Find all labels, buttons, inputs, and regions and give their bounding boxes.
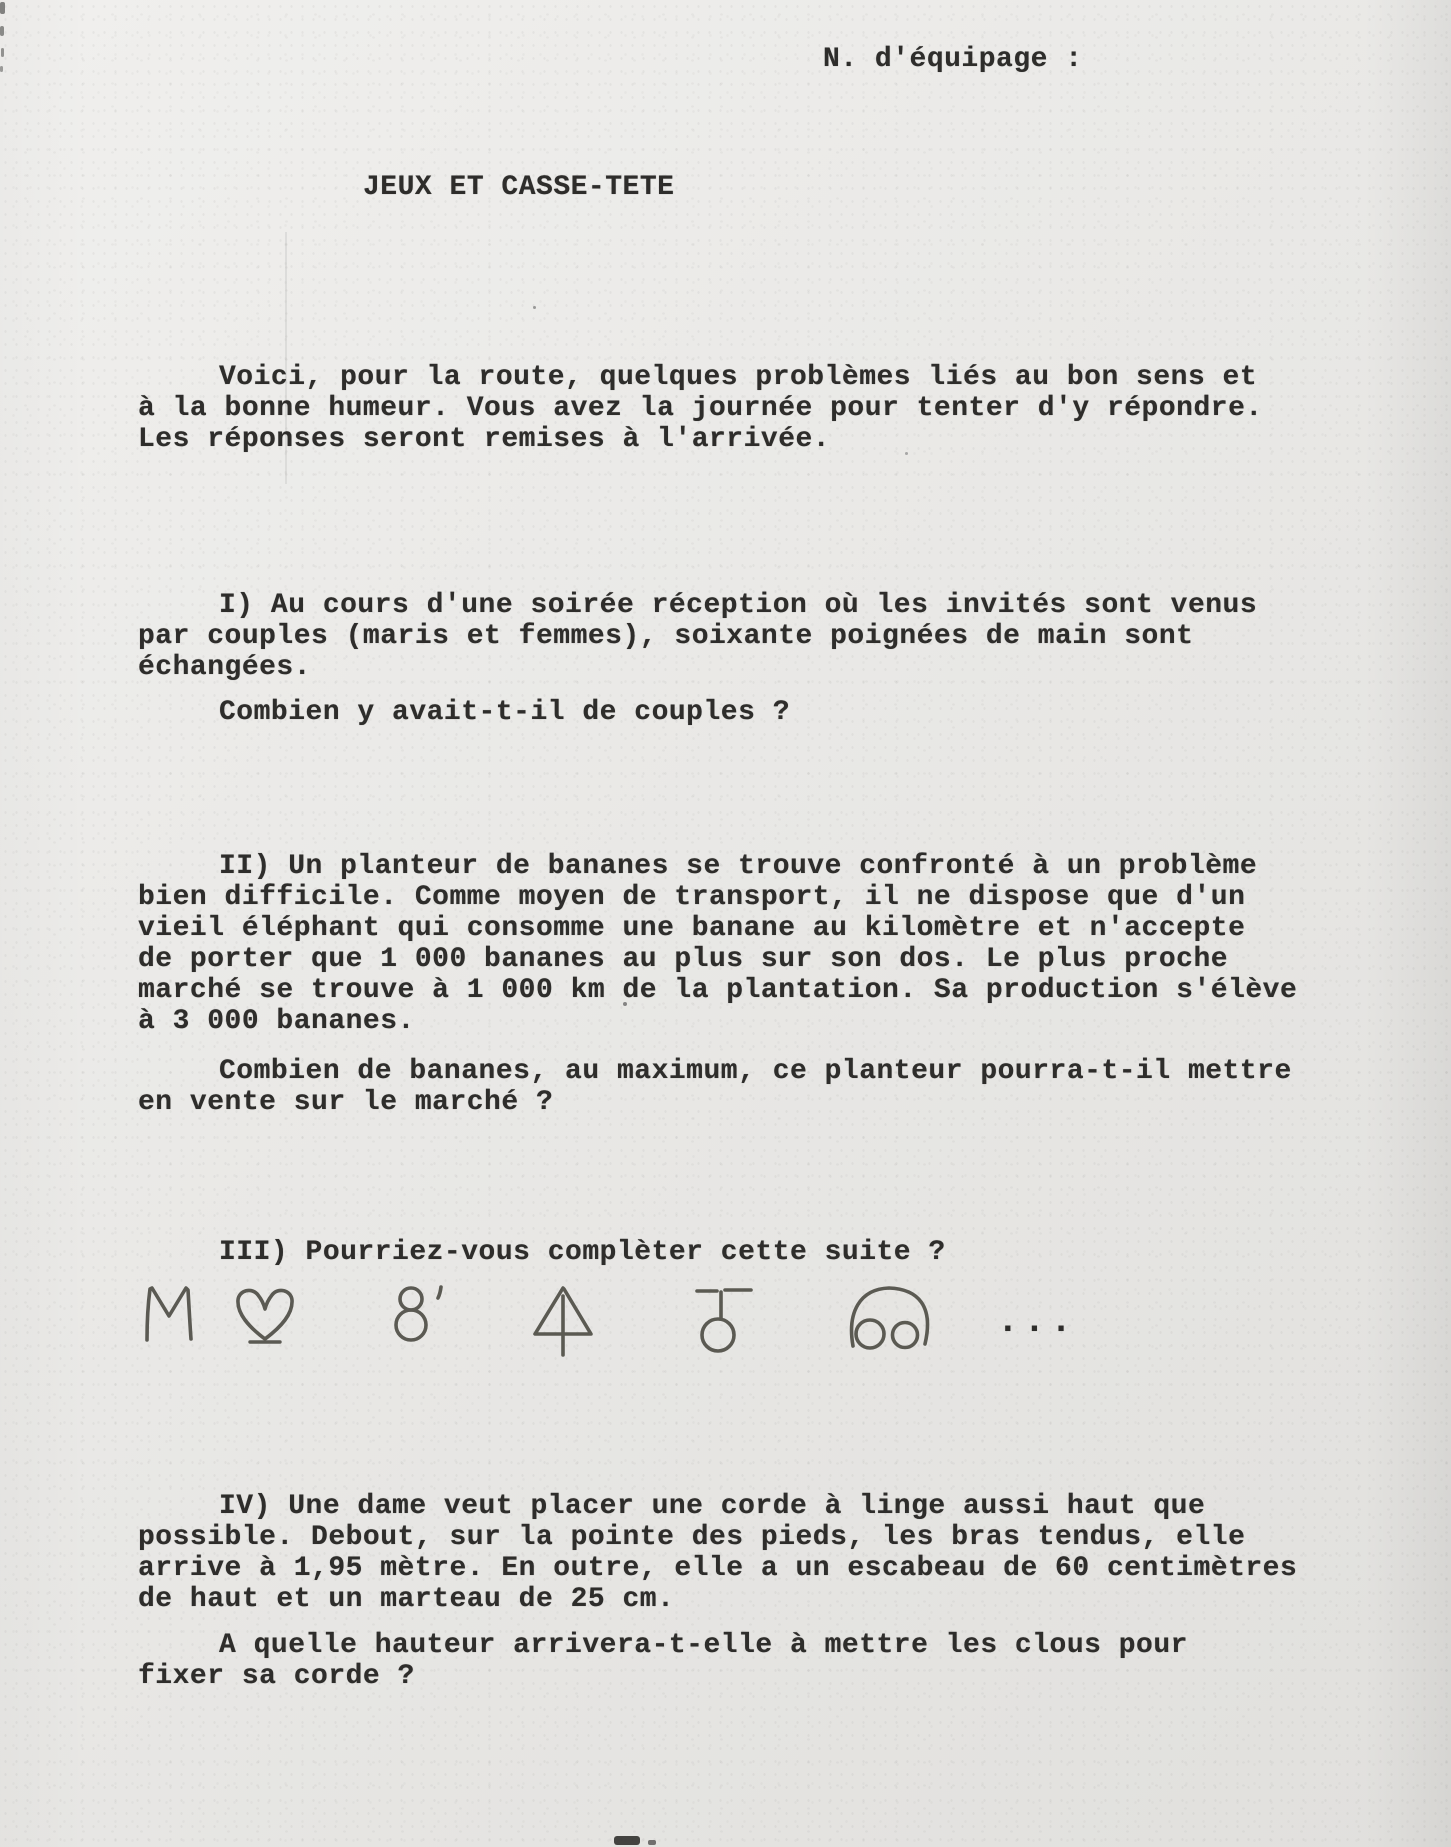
question-4-line: IV) Une dame veut placer une corde à lin… [138,1491,1297,1522]
question-1-prompt: Combien y avait-t-il de couples ? [138,697,790,728]
question-4-prompt-line: fixer sa corde ? [138,1661,1188,1692]
m-symbol-icon [140,1282,200,1346]
scan-speck [0,2,5,14]
symbol-sequence: ... [140,1282,1077,1358]
intro-line: Les réponses seront remises à l'arrivée. [138,424,1263,455]
scan-speck [533,306,536,309]
question-1-line: échangées. [138,652,1257,683]
question-2-prompt: Combien de bananes, au maximum, ce plant… [138,1056,1292,1118]
question-2-line: vieil éléphant qui consomme une banane a… [138,913,1297,944]
question-4-prompt: A quelle hauteur arrivera-t-elle à mettr… [138,1630,1188,1692]
heart-symbol-icon [225,1282,305,1348]
scan-speck [1,48,4,57]
tee-circle-symbol-icon [691,1282,757,1354]
question-2-prompt-line: en vente sur le marché ? [138,1087,1292,1118]
question-3-heading-line: III) Pourriez-vous complèter cette suite… [138,1237,946,1268]
page-title: JEUX ET CASSE-TETE [363,172,674,203]
question-2-line: à 3 000 bananes. [138,1006,1297,1037]
eight-apostrophe-symbol-icon [385,1282,451,1344]
scan-speck [0,26,4,36]
question-4-line: arrive à 1,95 mètre. En outre, elle a un… [138,1553,1297,1584]
intro-line: Voici, pour la route, quelques problèmes… [138,362,1263,393]
scan-speck [0,66,3,72]
scan-speck [648,1840,656,1845]
question-2-prompt-line: Combien de bananes, au maximum, ce plant… [138,1056,1292,1087]
question-2-body: II) Un planteur de bananes se trouve con… [138,851,1297,1037]
question-1-prompt-line: Combien y avait-t-il de couples ? [138,697,790,728]
intro-paragraph: Voici, pour la route, quelques problèmes… [138,362,1263,455]
question-2-line: II) Un planteur de bananes se trouve con… [138,851,1297,882]
crew-number-label: N. d'équipage : [823,44,1083,75]
question-3-heading: III) Pourriez-vous complèter cette suite… [138,1237,946,1268]
question-4-prompt-line: A quelle hauteur arrivera-t-elle à mettr… [138,1630,1188,1661]
question-4-line: possible. Debout, sur la pointe des pied… [138,1522,1297,1553]
question-4-body: IV) Une dame veut placer une corde à lin… [138,1491,1297,1615]
question-1-line: par couples (maris et femmes), soixante … [138,621,1257,652]
intro-line: à la bonne humeur. Vous avez la journée … [138,393,1263,424]
scan-speck [614,1836,640,1845]
question-2-line: de porter que 1 000 bananes au plus sur … [138,944,1297,975]
ellipsis-text: ... [997,1301,1077,1342]
question-1-body: I) Au cours d'une soirée réception où le… [138,590,1257,683]
arch-two-circles-symbol-icon [843,1282,939,1354]
question-2-line: bien difficile. Comme moyen de transport… [138,882,1297,913]
question-4-line: de haut et un marteau de 25 cm. [138,1584,1297,1615]
question-2-line: marché se trouve à 1 000 km de la planta… [138,975,1297,1006]
question-1-line: I) Au cours d'une soirée réception où le… [138,590,1257,621]
arrow-triangle-symbol-icon [521,1282,605,1358]
scanned-document-page: N. d'équipage : JEUX ET CASSE-TETE Voici… [0,0,1451,1847]
